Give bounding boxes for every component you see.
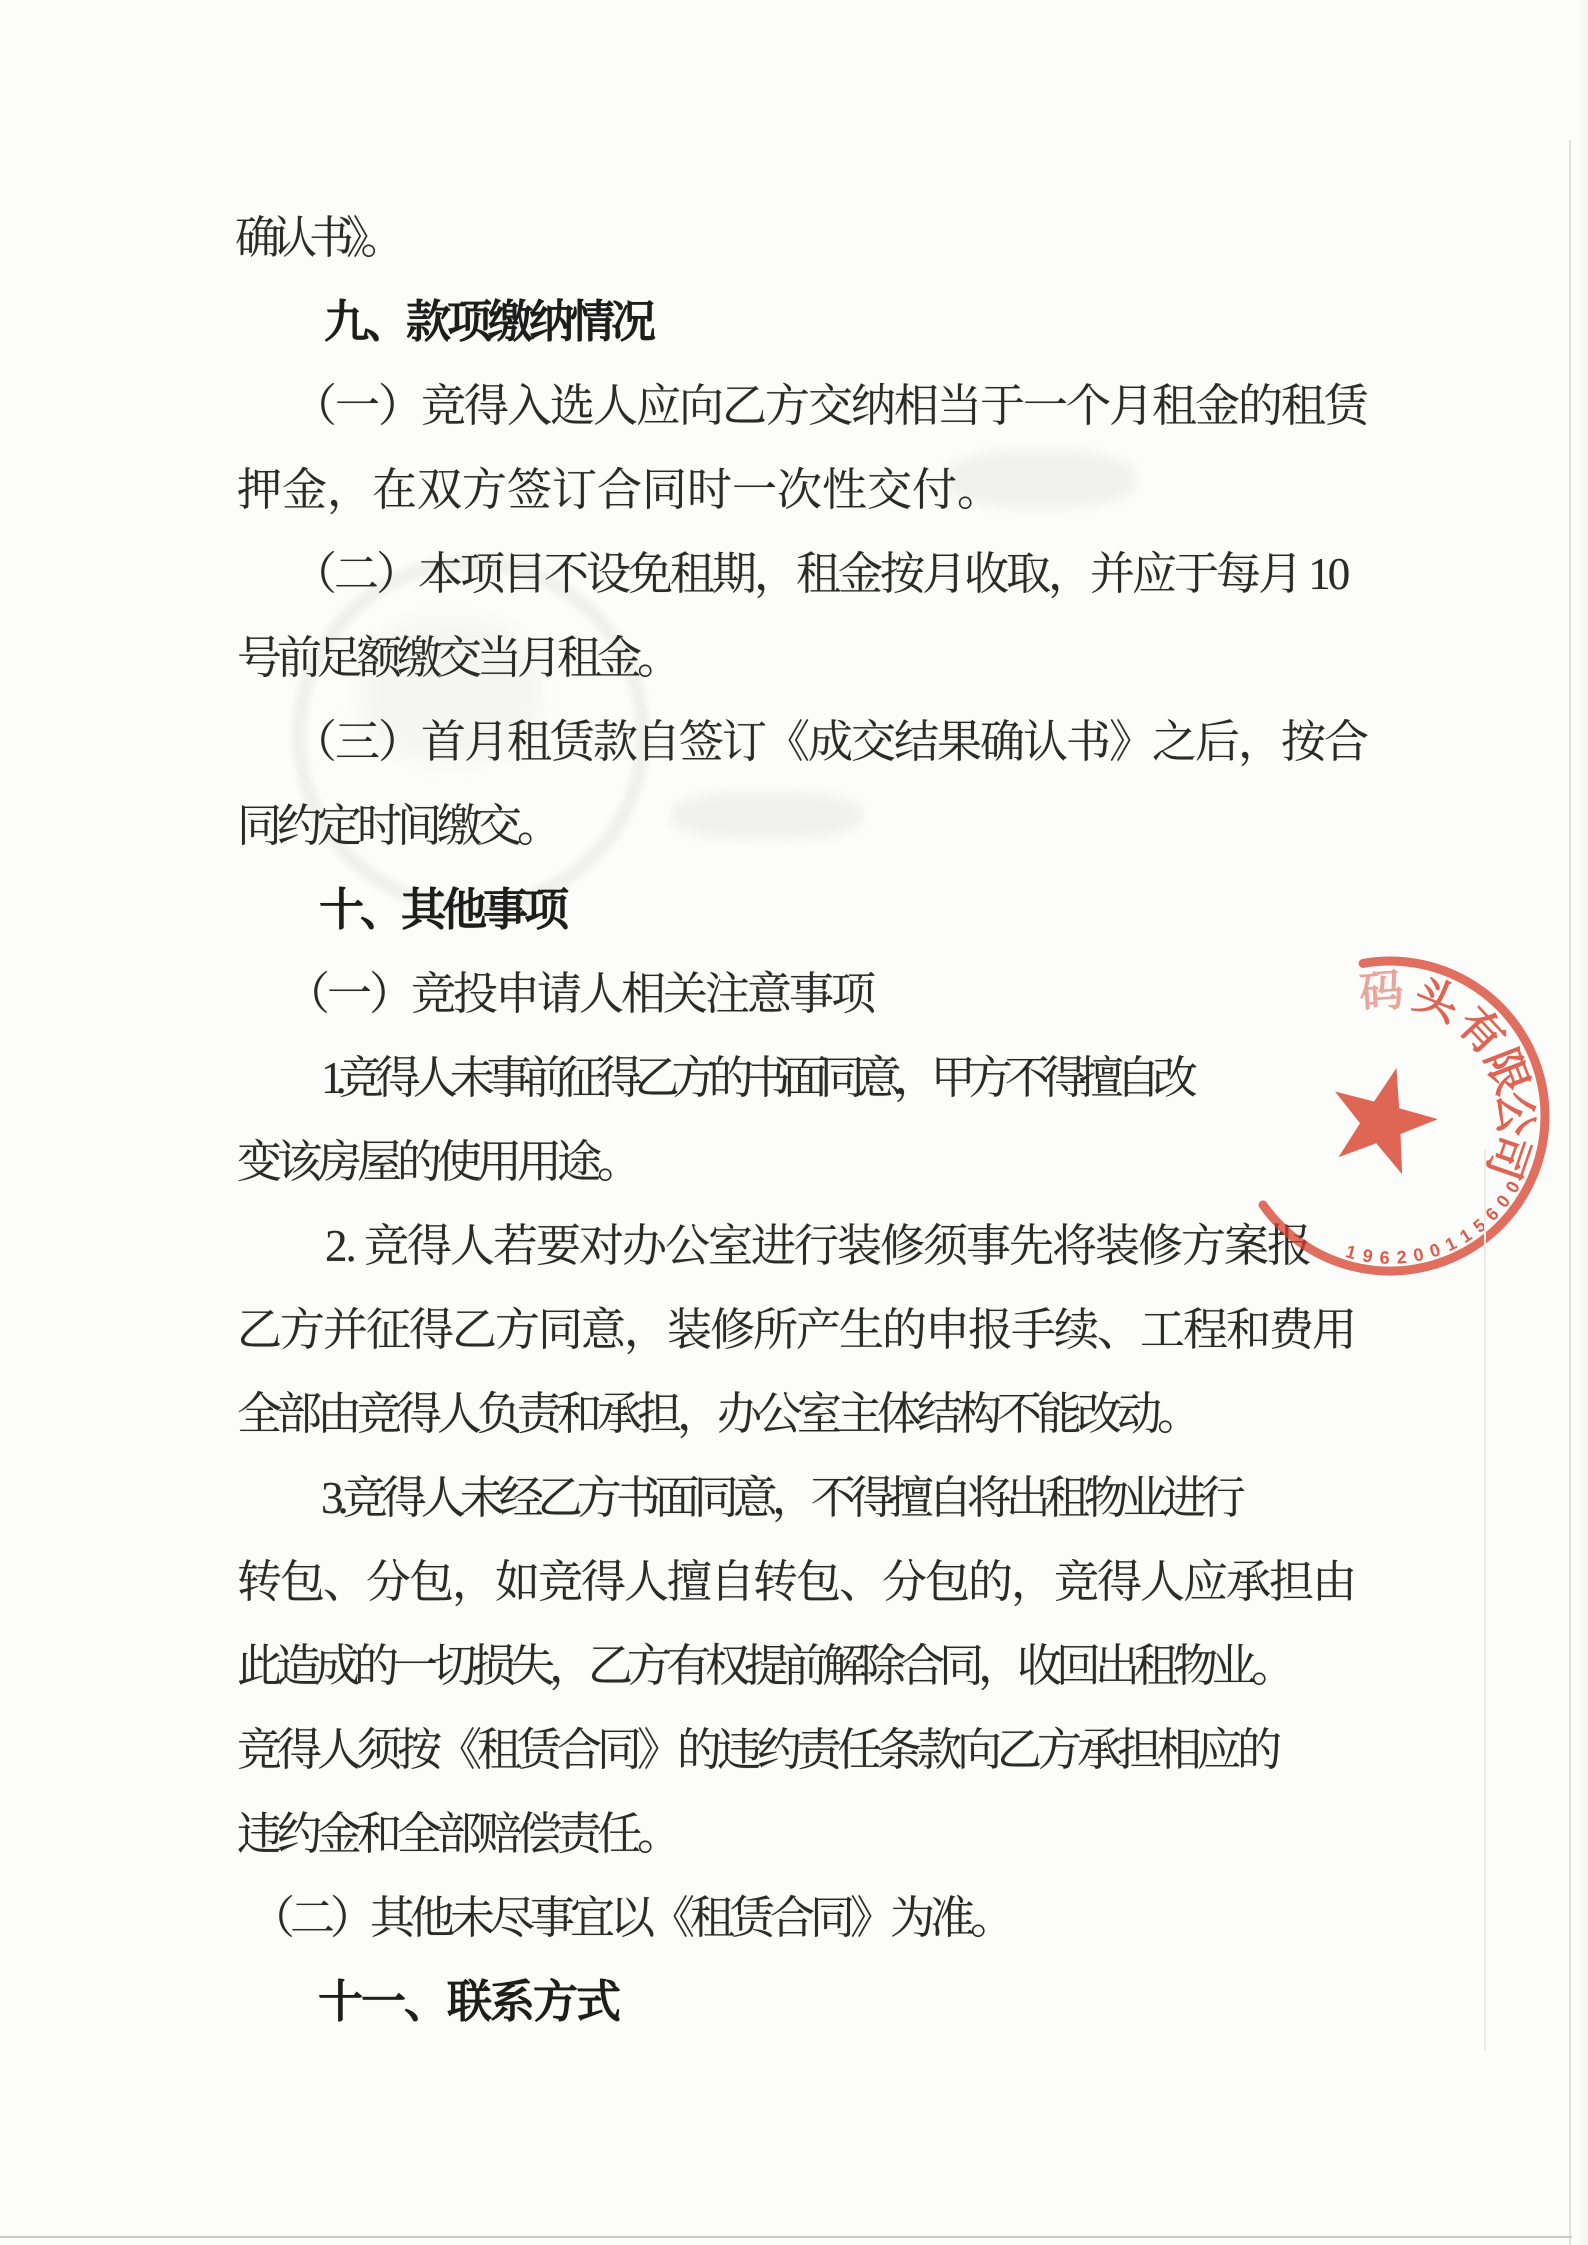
text-line: （一）竞得入选人应向乙方交纳相当于一个月租金的租赁	[292, 381, 1367, 431]
text-line: 违约金和全部赔偿责任。	[237, 1809, 677, 1859]
scan-crease-line	[1484, 1150, 1486, 2050]
svg-text:5: 5	[1469, 1215, 1489, 1237]
text-line: 3.竞得人未经乙方书面同意，不得擅自将出租物业进行	[321, 1473, 1240, 1523]
text-line: 同约定时间缴交。	[237, 801, 557, 851]
text-line: 转包、分包，如竞得人擅自转包、分包的，竞得人应承担由	[237, 1557, 1355, 1607]
text-line: （三）首月租赁款自签订《成交结果确认书》之后，按合	[292, 717, 1367, 767]
svg-text:0: 0	[1501, 1178, 1523, 1197]
text-line: （二）其他未尽事宜以《租赁合同》为准。	[250, 1893, 1010, 1943]
scan-edge-line	[1569, 140, 1571, 2245]
svg-text:1: 1	[1442, 1233, 1460, 1255]
scan-shadow	[1578, 0, 1588, 2245]
scan-artifact	[672, 793, 862, 838]
seal-company-text: 码头有限公司	[1358, 966, 1540, 1185]
svg-text:2: 2	[1396, 1247, 1408, 1268]
text-line: （二）本项目不设免租期，租金按月收取，并应于每月 10	[292, 549, 1347, 599]
text-line: 竞得人须按《租赁合同》的违约责任条款向乙方承担相应的	[237, 1725, 1277, 1775]
svg-text:9: 9	[1361, 1245, 1374, 1266]
text-line: 号前足额缴交当月租金。	[237, 633, 677, 683]
svg-text:司: 司	[1477, 1128, 1538, 1186]
svg-text:码: 码	[1358, 966, 1405, 1018]
svg-text:有: 有	[1448, 998, 1514, 1064]
text-line: 确认书》。	[235, 213, 398, 263]
svg-text:公: 公	[1490, 1091, 1540, 1136]
document-page: 确认书》。九、款项缴纳情况（一）竞得入选人应向乙方交纳相当于一个月租金的租赁押金…	[0, 0, 1588, 2245]
section-heading: 十一、联系方式	[318, 1977, 619, 2027]
svg-text:限: 限	[1475, 1042, 1537, 1101]
text-line: 此造成的一切损失，乙方有权提前解除合同，收回出租物业。	[237, 1641, 1290, 1691]
text-line: 2. 竞得人若要对办公室进行装修须事先将装修方案报	[325, 1221, 1310, 1271]
text-line: 乙方并征得乙方同意，装修所产生的申报手续、工程和费用	[237, 1305, 1355, 1355]
text-line: 1.竞得人未事前征得乙方的书面同意，甲方不得擅自改	[321, 1053, 1190, 1103]
svg-text:头: 头	[1407, 970, 1467, 1032]
text-line: 变该房屋的使用用途。	[237, 1137, 637, 1187]
svg-text:1: 1	[1456, 1225, 1475, 1247]
section-heading: 十、其他事项	[319, 885, 565, 935]
svg-text:6: 6	[1379, 1247, 1390, 1267]
text-line: （一）竞投申请人相关注意事项	[285, 969, 873, 1019]
svg-text:0: 0	[1427, 1239, 1443, 1261]
text-line: 押金，在双方签订合同时一次性交付。	[237, 465, 1002, 515]
star-icon	[1335, 1068, 1438, 1174]
svg-text:0: 0	[1492, 1191, 1514, 1211]
section-heading: 九、款项缴纳情况	[324, 297, 652, 347]
seal-serial-number: 196200115600	[1343, 1178, 1523, 1268]
text-line: 全部由竞得人负责和承担，办公室主体结构不能改动。	[237, 1389, 1197, 1439]
svg-text:0: 0	[1412, 1244, 1426, 1266]
scan-bottom-edge	[0, 2236, 1572, 2238]
svg-text:1: 1	[1343, 1241, 1358, 1263]
